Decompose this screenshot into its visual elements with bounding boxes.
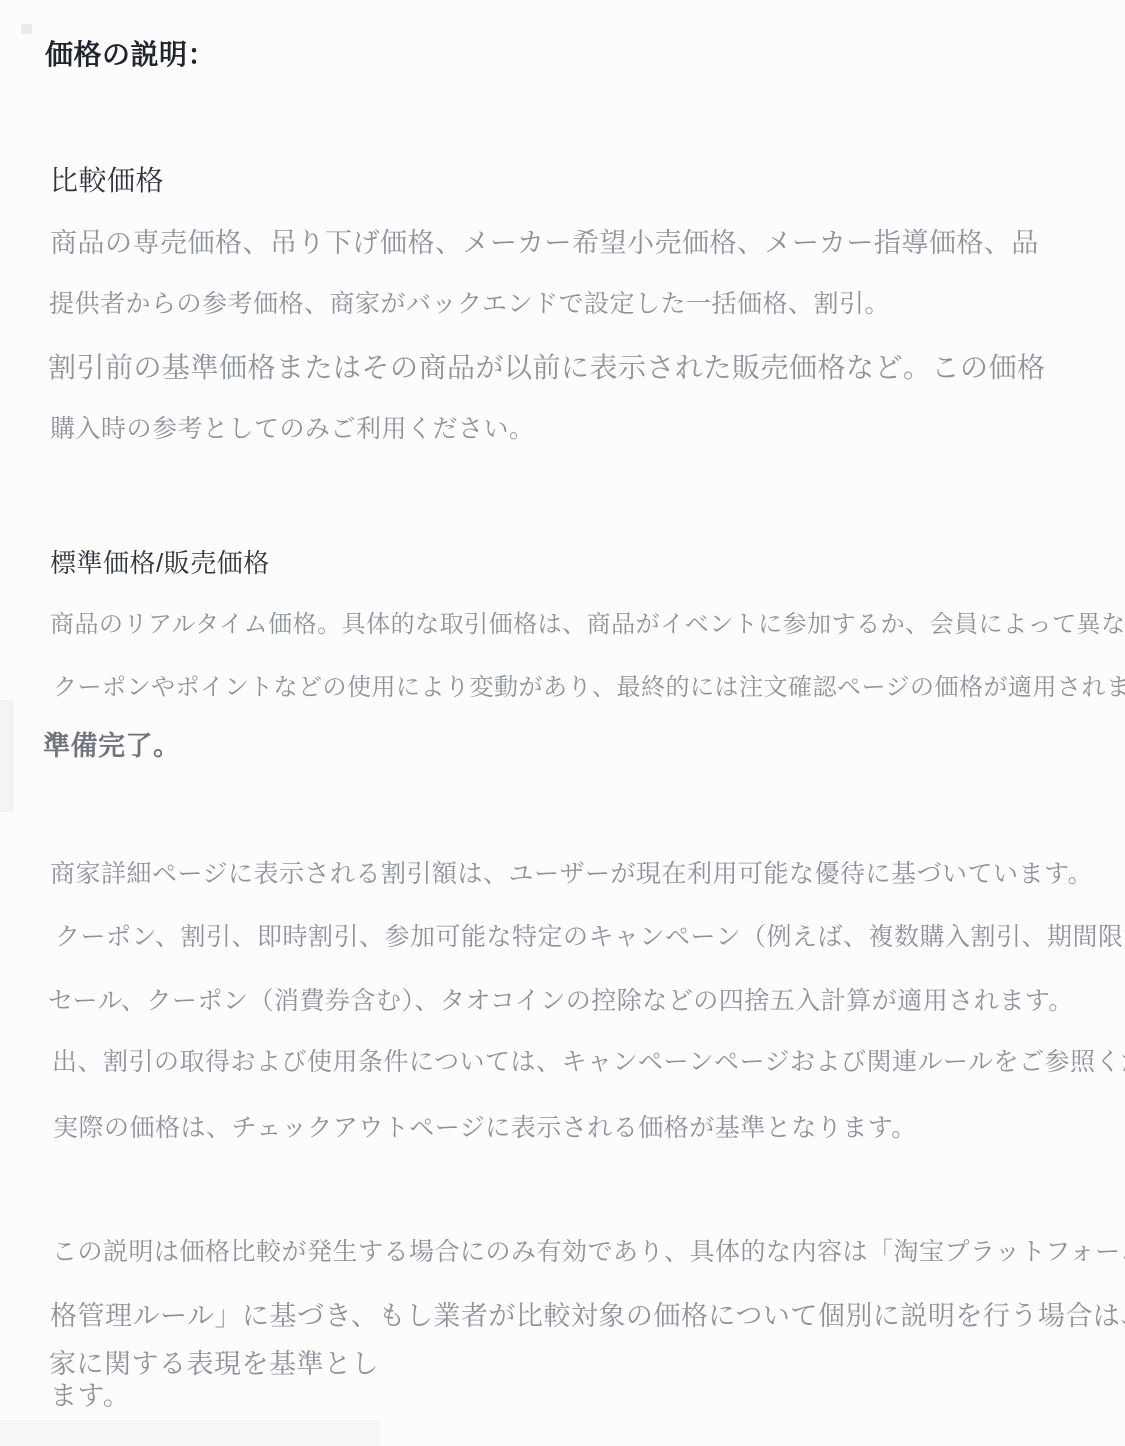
paragraph-line: ます。: [50, 1381, 130, 1413]
bg-artifact-corner: [21, 24, 32, 34]
paragraph-line: 購入時の参考としてのみご利用ください。: [50, 415, 535, 445]
section-heading-compare-price: 比較価格: [50, 164, 164, 197]
section-heading-standard-price: 標準価格/販売価格: [50, 548, 270, 579]
paragraph-line: 家に関する表現を基準とし: [49, 1349, 379, 1381]
paragraph-line: 出、割引の取得および使用条件については、キャンペーンページおよび関連ルールをご参…: [52, 1048, 1125, 1078]
paragraph-line: セール、クーポン（消費券含む）、タオコインの控除などの四捨五入計算が適用されます…: [48, 987, 1074, 1017]
price-explanation-page: 価格の説明： 比較価格 商品の専売価格、吊り下げ価格、メーカー希望小売価格、メー…: [0, 0, 1125, 1446]
paragraph-line: 格管理ルール」に基づき、もし業者が比較対象の価格について個別に説明を行う場合は、: [50, 1301, 1125, 1333]
paragraph-line: 実際の価格は、チェックアウトページに表示される価格が基準となります。: [53, 1114, 917, 1144]
paragraph-line: この説明は価格比較が発生する場合にのみ有効であり、具体的な内容は「淘宝プラットフ…: [52, 1238, 1125, 1268]
ready-note: 準備完了。: [43, 731, 181, 763]
paragraph-line: 商品のリアルタイム価格。具体的な取引価格は、商品がイベントに参加するか、会員によ…: [50, 611, 1125, 639]
bg-artifact-left-strip: [0, 700, 14, 812]
page-title: 価格の説明：: [45, 38, 216, 71]
paragraph-line: クーポン、割引、即時割引、参加可能な特定のキャンペーン（例えば、複数購入割引、期…: [55, 923, 1125, 953]
paragraph-line: 割引前の基準価格またはその商品が以前に表示された販売価格など。この価格: [48, 351, 1046, 384]
paragraph-line: クーポンやポイントなどの使用により変動があり、最終的には注文確認ページの価格が適…: [53, 674, 1125, 702]
paragraph-line: 商品の専売価格、吊り下げ価格、メーカー希望小売価格、メーカー指導価格、品: [50, 228, 1039, 260]
paragraph-line: 商家詳細ページに表示される割引額は、ユーザーが現在利用可能な優待に基づいています…: [50, 860, 1093, 890]
paragraph-line: 提供者からの参考価格、商家がバックエンドで設定した一括価格、割引。: [49, 290, 890, 320]
bg-artifact-bottom: [0, 1420, 380, 1446]
